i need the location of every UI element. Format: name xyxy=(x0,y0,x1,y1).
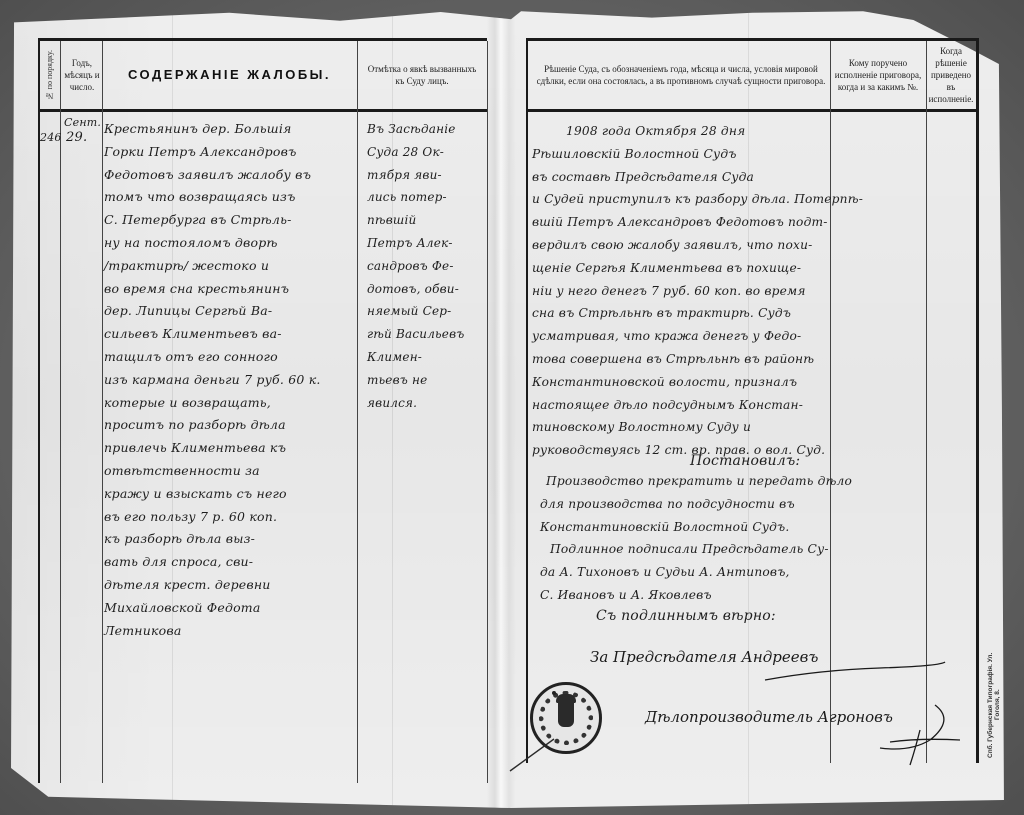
summoned-text: Въ Засѣданіе Суда 28 Ок- тября яви- лись… xyxy=(367,118,464,414)
column-number xyxy=(40,41,61,783)
printer-imprint: Спб. Губернская Типографія. Ул. Гоголя, … xyxy=(987,640,999,770)
crest-icon xyxy=(558,701,574,727)
header-executed: Когда рѣшеніе приведено въ исполненіе. xyxy=(927,41,975,109)
entry-number: 246 xyxy=(40,127,62,150)
resolution-text: Производство прекратить и передать дѣло … xyxy=(540,470,852,607)
entry-day: 29. xyxy=(66,127,87,150)
header-complaint: СОДЕРЖАНІЕ ЖАЛОБЫ. xyxy=(102,41,357,109)
column-date xyxy=(60,41,103,783)
header-summoned: Отмѣтка о явкѣ вызванныхъ къ Суду лицъ. xyxy=(360,41,484,109)
header-executor: Кому поручено исполненіе приговора, когд… xyxy=(832,41,924,109)
complaint-text: Крестьянинъ дер. Большія Горки Петръ Але… xyxy=(104,118,321,642)
decision-text: 1908 года Октября 28 дня Рѣшиловскій Вол… xyxy=(532,120,863,462)
header-number: № по порядку. xyxy=(40,41,60,109)
signature-flourish xyxy=(760,650,950,690)
header-date: Годъ, мѣсяцъ и число. xyxy=(62,41,102,109)
certification-text: Съ подлиннымъ вѣрно: xyxy=(596,605,776,628)
seal-stroke xyxy=(508,735,558,775)
header-decision: Рѣшеніе Суда, съ обозначеніемъ года, мѣс… xyxy=(536,41,826,109)
clerk-flourish xyxy=(850,700,970,770)
seal-dot xyxy=(552,691,556,695)
